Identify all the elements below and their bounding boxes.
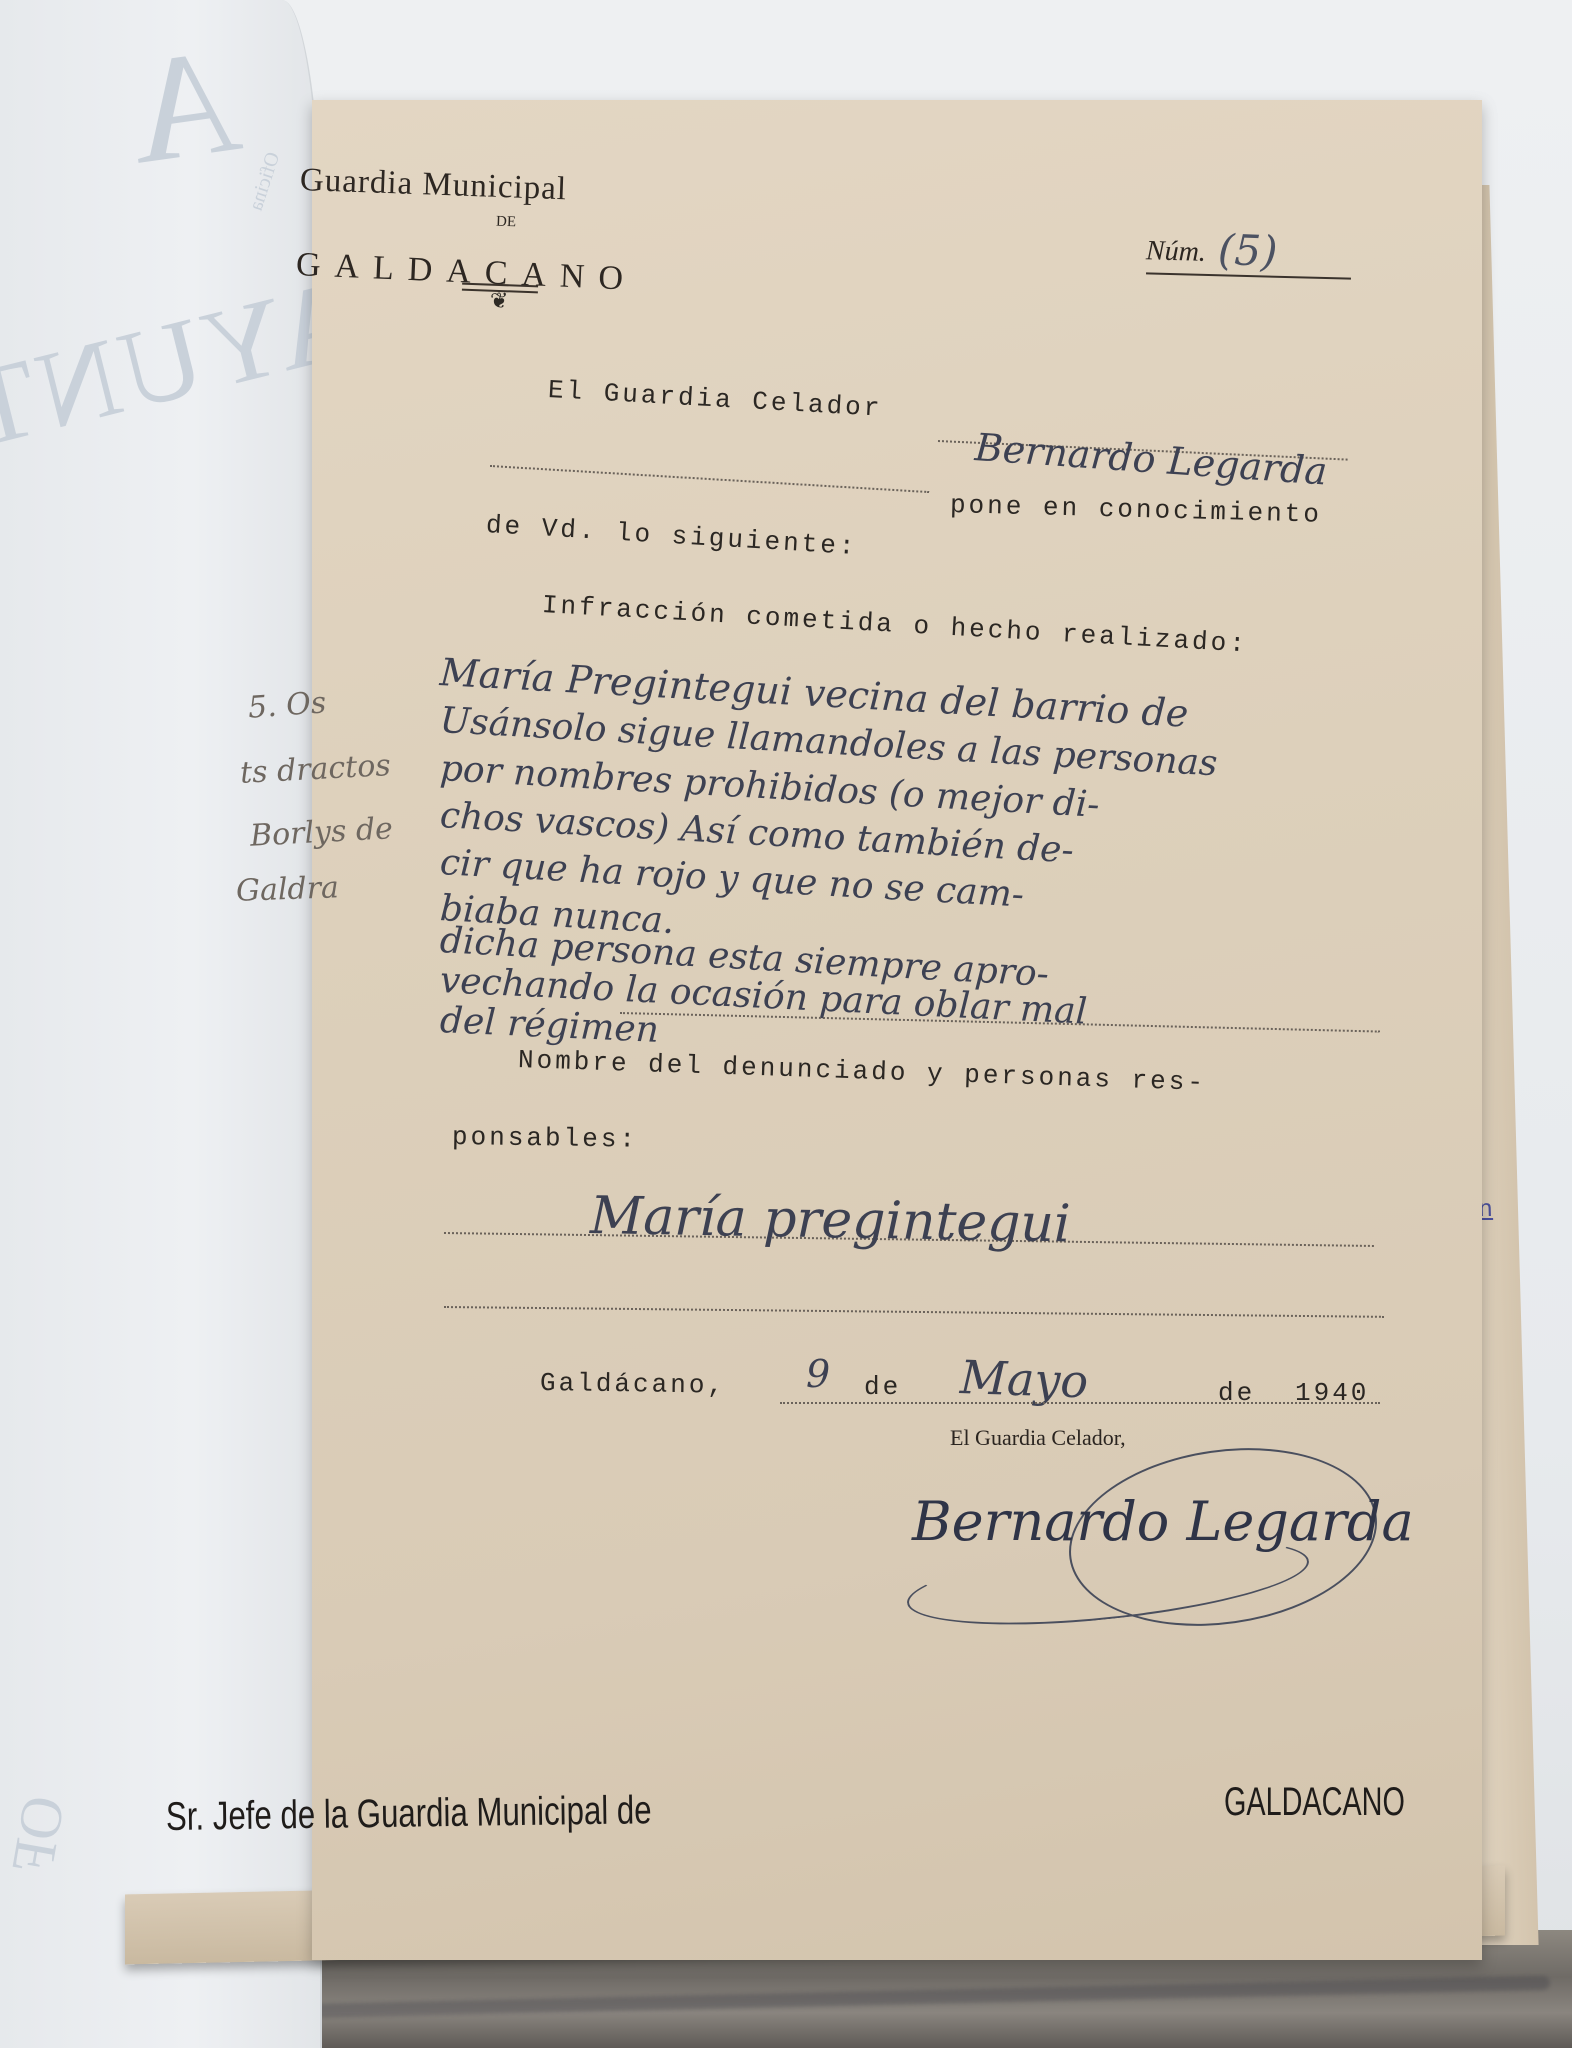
- date-de-1: de: [864, 1372, 901, 1402]
- leaf-ornament-icon: ❦: [490, 288, 508, 314]
- accused-name-handwritten: María pregintegui: [589, 1186, 1071, 1254]
- date-line: [780, 1402, 1380, 1404]
- header-de: DE: [496, 214, 517, 232]
- addressee-town: GALDACANO: [1224, 1780, 1405, 1825]
- show-through-small: Oficina: [245, 149, 285, 213]
- margin-note-line: 5. Os: [247, 685, 327, 725]
- show-through-letter: A: [119, 13, 250, 198]
- date-day: 9: [806, 1352, 830, 1396]
- margin-note-line: Galdra: [235, 870, 339, 909]
- signature-handwritten: Bernardo Legarda: [912, 1490, 1414, 1553]
- accused-label-line2: ponsables:: [452, 1122, 638, 1155]
- left-book-page: A AYUNT Oficina OF: [0, 0, 322, 2048]
- margin-note-line: Borlys de: [249, 811, 394, 853]
- number-label: Núm.: [1146, 235, 1207, 269]
- signature-label: El Guardia Celador,: [950, 1425, 1126, 1451]
- date-place: Galdácano,: [540, 1368, 726, 1401]
- date-month: Mayo: [959, 1350, 1089, 1408]
- number-value: (5): [1217, 225, 1278, 276]
- addressee-label: Sr. Jefe de la Guardia Municipal de: [166, 1788, 652, 1840]
- show-through-bottom: OF: [0, 1791, 79, 1879]
